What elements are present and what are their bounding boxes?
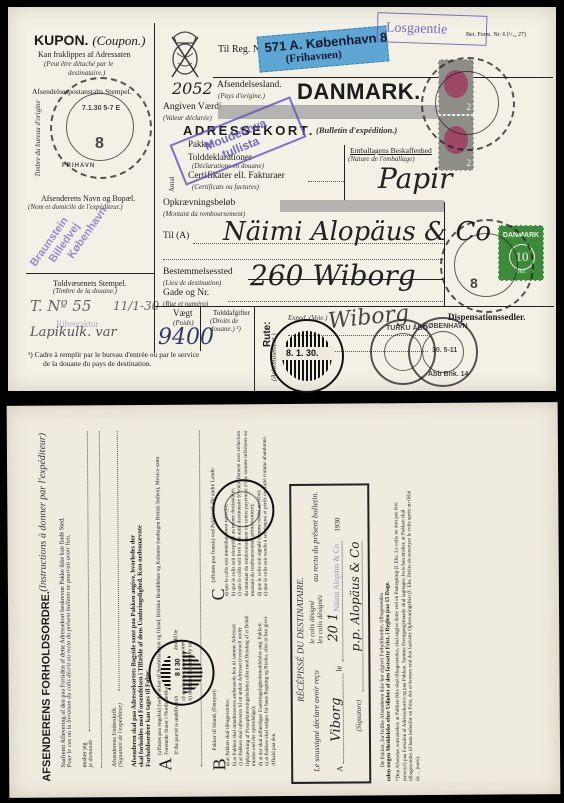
postmark-kobenhavn-abb: KØBENHAVN 30. 5-11 Abb Bnk. 14 <box>408 317 478 387</box>
postmark-malmo: 8. 1. 30. <box>270 319 344 393</box>
postmark-malmo-back: 8 I 30 <box>148 639 214 705</box>
destination-label: Bestemmelsessted <box>163 268 233 277</box>
destination-label-fr: (Lieu de destination) <box>163 279 221 287</box>
origin-country-label: Afsendelsesland. <box>217 81 282 90</box>
declared-value-label-fr: (Valeur déclarée) <box>163 114 212 122</box>
cod-label: Opkrævningsbeløb <box>163 199 235 208</box>
recipient-label: Til (A) <box>163 232 189 241</box>
destination-value: 260 Wiborg <box>250 259 416 292</box>
origin-stamp-fr: Timbre du bureau d'origine <box>34 100 42 177</box>
cod-amount-field <box>280 200 444 212</box>
coupon-detach-fr-2: destinataire.) <box>68 69 105 77</box>
postmark-malmo-back-upper <box>212 479 274 541</box>
customs-note-date: 11/1-30 <box>113 299 159 313</box>
origin-country-label-fr: (Pays d'origine.) <box>218 92 265 100</box>
form-number: Bet. Form. Nr. 6 (¹/₁₂ 27) <box>466 32 526 38</box>
postmark-over-stamps <box>421 57 515 151</box>
coupon-detach-da: Kan fraklippes af Adressaten <box>38 50 131 59</box>
postmark-frihavn: 8 <box>440 219 534 313</box>
address-card-back: AFSENDERENS FORHOLDSORDRE. (Instructions… <box>7 402 561 798</box>
card-title-fr: (Bulletin d'expédition.) <box>316 126 397 134</box>
weight-value: 9400 <box>158 325 214 350</box>
street-label: Gade og Nr. <box>163 289 209 298</box>
postmark-kobenhavn-frihavn: 7.1.30 5-7 E 8 FRIHAVN <box>50 77 152 179</box>
declared-value-label: Angiven Værdi <box>163 103 222 112</box>
boxed-violet-stamp: Losgaentie <box>377 12 488 46</box>
weight-label: Vægt <box>173 309 193 318</box>
footnote-line-2: de la douane du pays de destination. <box>43 359 152 368</box>
customs-note-number: T. Nº 55 <box>30 297 91 315</box>
recipient-receipt-box: RÉCÉPISSÉ DU DESTINATAIRE. Le soussigné … <box>289 483 371 784</box>
annex-side-label: Antal <box>168 176 176 192</box>
annex-certificates-fr: (Certificats ou factures) <box>192 183 259 191</box>
danish-crest-icon <box>168 27 202 83</box>
registration-label: 571 A. København 8 (Frihavnen) <box>257 25 390 72</box>
customs-note-text: Lapikulk. var <box>30 325 117 340</box>
coupon-title: KUPON. (Coupon.) <box>34 32 145 49</box>
back-notes: De Pakker, for hvilke Afsenderen ikke ha… <box>377 483 439 783</box>
packaging-label: Emballagens Beskaffenhed <box>350 146 432 155</box>
customs-fees-label-fr: (Droits de douane.) ¹) <box>210 317 260 333</box>
sender-instructions: AFSENDERENS FORHOLDSORDRE. (Instructions… <box>17 410 320 792</box>
footnote-line-1: ¹) Cadre à remplir par le bureau d'entré… <box>28 350 199 359</box>
coupon-detach-fr-1: (Peut être détaché par le <box>44 60 113 68</box>
customs-label-fr: (Timbre de la douane.) <box>53 287 117 295</box>
origin-country: DANMARK. <box>297 79 421 105</box>
packaging-value: Papir <box>378 162 453 195</box>
section-b-list: a) at Pakken skal tilbagesendes; b) at P… <box>224 606 277 766</box>
handwritten-number: 2052 <box>172 79 213 98</box>
address-card-front: KUPON. (Coupon.) Kan fraklippes af Adres… <box>8 7 556 391</box>
